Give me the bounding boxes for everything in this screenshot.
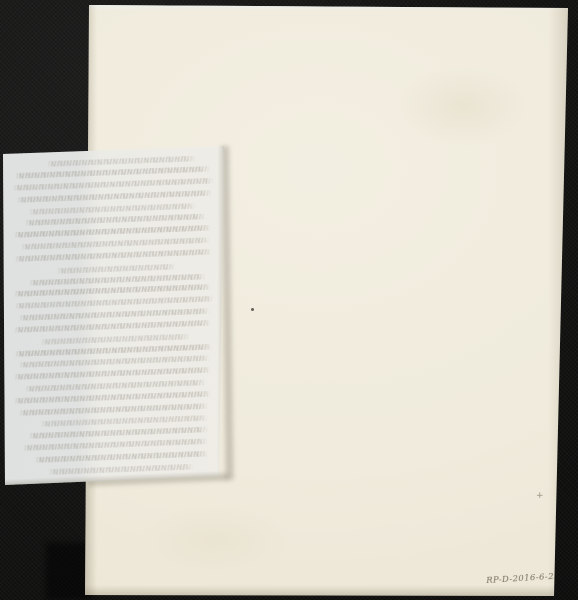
handwriting-line bbox=[22, 438, 208, 451]
paper-stain bbox=[398, 66, 528, 146]
handwriting-line bbox=[56, 264, 176, 274]
handwriting-line bbox=[13, 284, 211, 297]
handwriting-line bbox=[13, 320, 211, 333]
handwriting-line bbox=[13, 225, 211, 238]
handwriting-line bbox=[18, 355, 210, 368]
paper-stain bbox=[140, 505, 290, 575]
handwriting-line bbox=[20, 237, 210, 250]
handwriting-line bbox=[18, 403, 208, 416]
photo-stage: + RP-D-2016-6-22 bbox=[0, 0, 578, 600]
handwriting-line bbox=[28, 426, 208, 439]
handwriting-line bbox=[40, 334, 190, 345]
handwriting-line bbox=[18, 308, 210, 321]
handwriting-line bbox=[14, 249, 212, 262]
handwriting-line bbox=[24, 379, 206, 392]
handwriting-line bbox=[13, 391, 211, 404]
handwriting-line bbox=[12, 178, 214, 191]
handwriting-line bbox=[16, 190, 212, 203]
handwriting-line bbox=[13, 367, 211, 380]
registration-plus-mark: + bbox=[536, 491, 544, 501]
handwriting-line bbox=[46, 156, 196, 167]
handwriting-line bbox=[28, 203, 196, 215]
handwriting-line bbox=[24, 213, 206, 226]
handwriting-line bbox=[14, 166, 210, 179]
handwriting-line bbox=[40, 415, 208, 427]
handwriting-line bbox=[34, 451, 208, 463]
handwriting-line bbox=[14, 296, 214, 309]
paper-speck bbox=[251, 308, 254, 311]
